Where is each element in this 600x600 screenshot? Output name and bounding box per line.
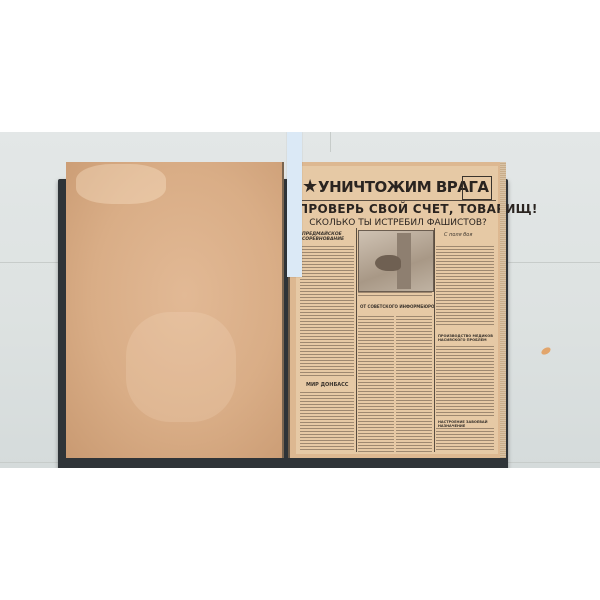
paper-bookmark (287, 132, 302, 277)
news-photo (358, 230, 434, 292)
handwritten-note (290, 178, 298, 258)
divider (298, 200, 496, 201)
section-heading: ПРОИЗВОДСТВО МЕДИКОВ НАСИЯСКОГО ПРОБЛЕМ (438, 334, 494, 342)
article-text (436, 246, 494, 326)
soldier-figure (375, 255, 401, 271)
article-text (436, 346, 494, 416)
floor-stain (540, 346, 552, 356)
article-text (300, 392, 354, 452)
article-text (436, 428, 494, 452)
newspaper-page: ★ УНИЧТОЖИМ ВРАГА ПРОВЕРЬ СВОЙ СЧЕТ, ТОВ… (288, 162, 502, 458)
article-text (300, 246, 354, 378)
newspaper-sheet: ★ УНИЧТОЖИМ ВРАГА ПРОВЕРЬ СВОЙ СЧЕТ, ТОВ… (296, 166, 498, 454)
photograph: ★ УНИЧТОЖИМ ВРАГА ПРОВЕРЬ СВОЙ СЧЕТ, ТОВ… (0, 132, 600, 468)
column-rule (434, 228, 435, 452)
section-heading: ОТ СОВЕТСКОГО ИНФОРМБЮРО (360, 304, 434, 309)
article-text (358, 316, 394, 452)
left-endpaper (66, 162, 284, 458)
article-text (396, 316, 432, 452)
column-rule (356, 228, 357, 452)
page-stack-edge (500, 162, 506, 458)
photo-caption (358, 292, 432, 298)
section-heading: НАСТРОЕНИЕ ЗАВОЕВАЙ НАЗНАЧЕНИЕ (438, 420, 494, 428)
star-icon: ★ (302, 176, 318, 197)
section-heading: С поля боя (444, 232, 472, 238)
issue-number-box (462, 176, 492, 200)
floor-tile-seam (330, 132, 331, 152)
headline: ПРОВЕРЬ СВОЙ СЧЕТ, ТОВАРИЩ! (298, 202, 498, 216)
paper-stain (76, 164, 166, 204)
paper-stain (126, 312, 236, 422)
section-heading: МИР ДОНБАСС (306, 382, 348, 388)
section-heading: ПРЕДМАЙСКОЕ СОРЕВНОВАНИЕ (302, 232, 356, 242)
subheadline: СКОЛЬКО ТЫ ИСТРЕБИЛ ФАШИСТОВ? (298, 218, 498, 228)
